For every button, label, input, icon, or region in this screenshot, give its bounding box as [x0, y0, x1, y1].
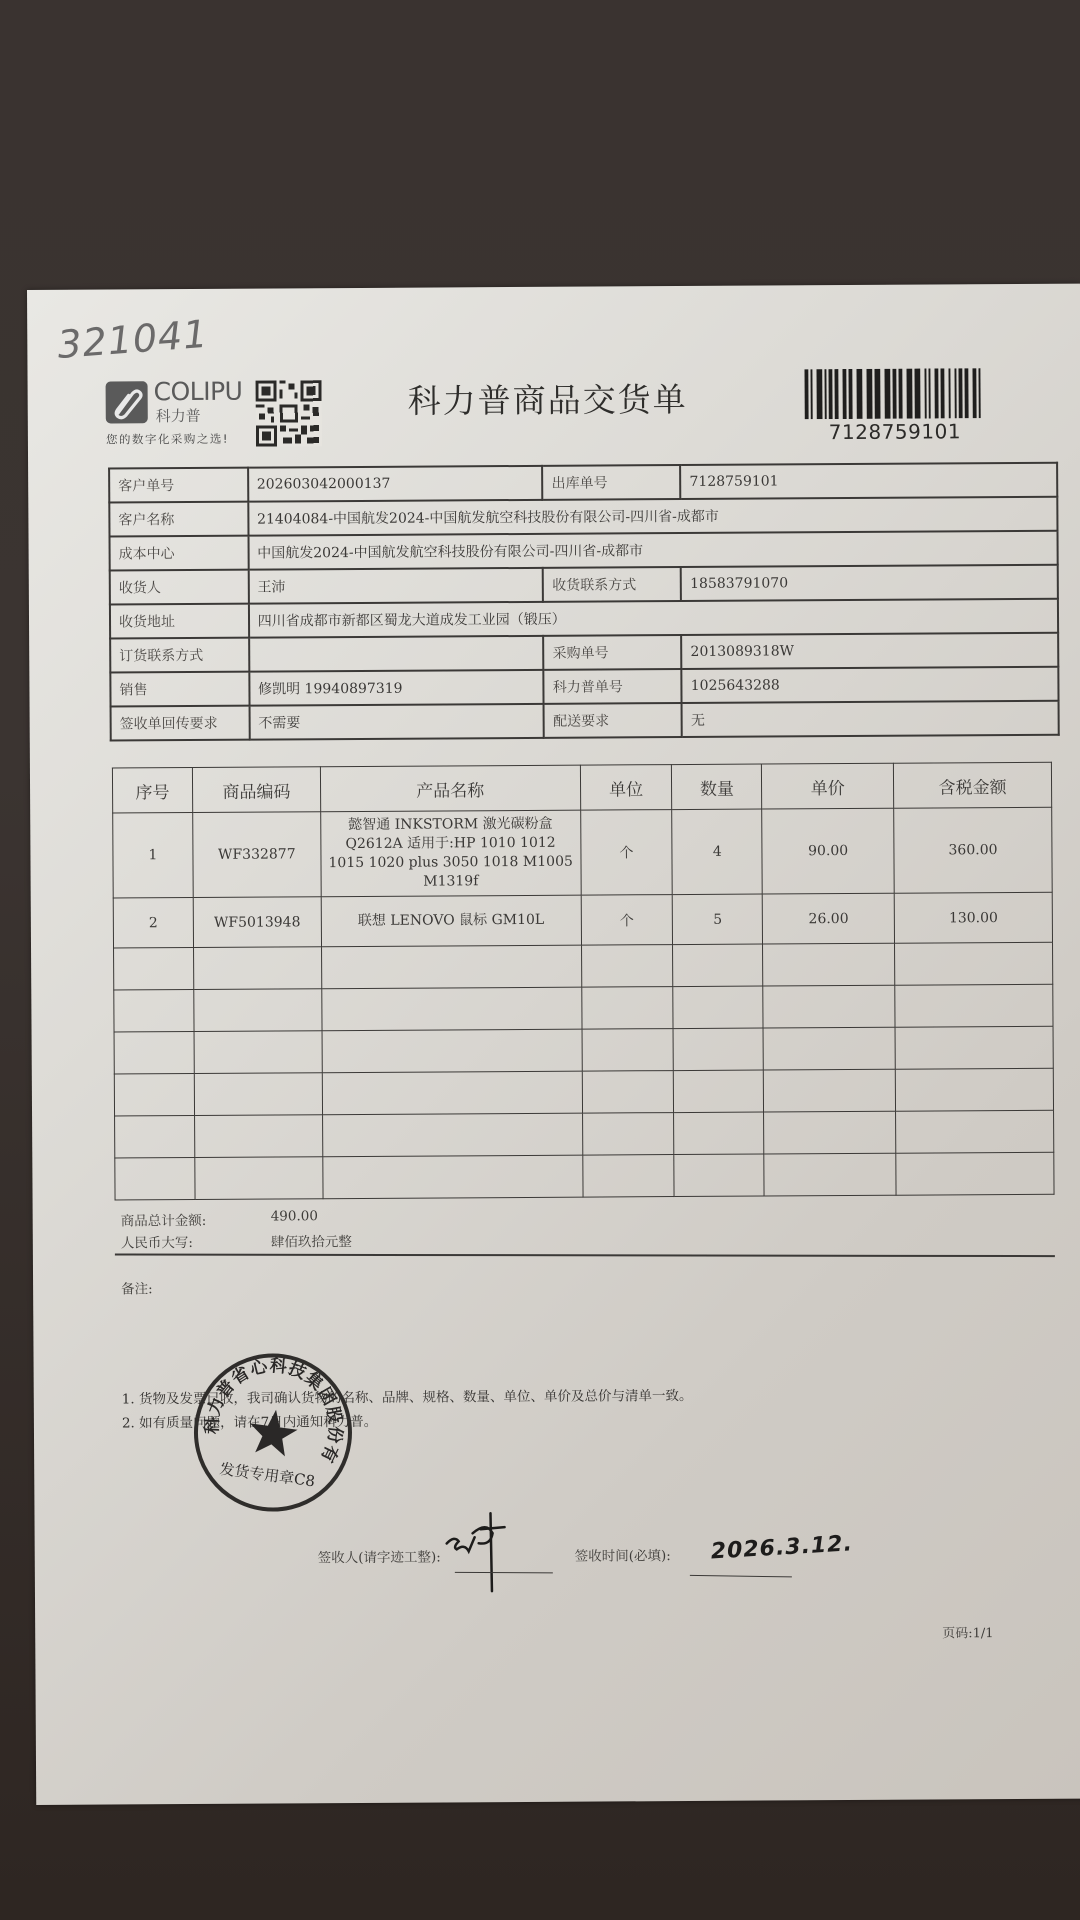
empty-cell: [114, 1031, 194, 1073]
total-amount-value: 490.00: [271, 1208, 318, 1224]
cell-qty: 4: [672, 809, 762, 895]
customer-order-no-value: 202603042000137: [248, 466, 543, 502]
rmb-uppercase-value: 肆佰玖拾元整: [271, 1230, 352, 1250]
empty-cell: [581, 945, 673, 988]
empty-table-row: [115, 1152, 1054, 1200]
empty-cell: [763, 1027, 895, 1070]
cell-name: 联想 LENOVO 鼠标 GM10L: [321, 895, 581, 947]
empty-cell: [322, 987, 582, 1031]
cell-code: WF5013948: [193, 897, 321, 948]
rmb-uppercase-label: 人民币大写:: [121, 1231, 193, 1251]
remarks-label: 备注:: [121, 1277, 153, 1297]
empty-cell: [582, 1113, 674, 1156]
cost-center-value: 中国航发2024-中国航发航空科技股份有限公司-四川省-成都市: [248, 531, 1058, 570]
receipt-return-value: 不需要: [249, 704, 544, 740]
cell-code: WF332877: [193, 812, 321, 898]
consignee-value: 王沛: [248, 568, 543, 604]
cell-amount: 360.00: [894, 807, 1052, 893]
empty-cell: [194, 989, 322, 1032]
empty-cell: [194, 1115, 322, 1158]
colipu-no-label: 科力普单号: [544, 669, 682, 704]
empty-cell: [194, 1031, 322, 1074]
empty-cell: [582, 1071, 674, 1114]
empty-table-row: [114, 984, 1053, 1032]
signer-label: 签收人(请字迹工整):: [318, 1545, 441, 1566]
column-header: 单位: [580, 765, 672, 811]
customer-name-label: 客户名称: [109, 502, 248, 537]
empty-cell: [195, 1157, 323, 1200]
empty-cell: [673, 1028, 763, 1071]
empty-cell: [674, 1070, 764, 1113]
colipu-logo: COLIPU 科力普 您的数字化采购之选!: [106, 381, 246, 382]
cell-seq: 1: [113, 812, 193, 897]
cell-unit: 个: [580, 810, 672, 896]
receipt-return-label: 签收单回传要求: [111, 706, 250, 741]
cell-name: 懿智通 INKSTORM 激光碳粉盒 Q2612A 适用于:HP 1010 10…: [321, 810, 581, 897]
sales-value: 修凯明 19940897319: [249, 670, 544, 706]
cell-qty: 5: [673, 894, 763, 945]
empty-cell: [763, 943, 895, 986]
delivery-address-value: 四川省成都市新都区蜀龙大道成发工业园（锻压）: [249, 599, 1059, 638]
empty-cell: [321, 945, 581, 989]
sales-label: 销售: [110, 672, 249, 707]
cost-center-label: 成本中心: [110, 536, 249, 571]
column-header: 单价: [762, 763, 894, 809]
empty-cell: [896, 1110, 1054, 1153]
qr-code-icon: [256, 380, 322, 446]
handwritten-number: 321041: [56, 312, 210, 367]
cell-unit: 个: [581, 895, 673, 946]
empty-cell: [673, 986, 763, 1029]
empty-cell: [115, 1115, 195, 1157]
cell-seq: 2: [113, 897, 193, 947]
column-header: 数量: [672, 764, 762, 810]
empty-cell: [581, 987, 673, 1030]
purchase-no-label: 采购单号: [544, 635, 682, 670]
empty-cell: [764, 1111, 896, 1154]
consignee-contact-label: 收货联系方式: [543, 567, 681, 602]
brand-slogan: 您的数字化采购之选!: [106, 431, 229, 448]
paperclip-logo-icon: [106, 381, 148, 423]
empty-cell: [322, 1071, 582, 1115]
empty-cell: [764, 1069, 896, 1112]
delivery-address-label: 收货地址: [110, 604, 249, 639]
empty-cell: [582, 1029, 674, 1072]
delivery-note-paper: 321041 COLIPU 科力普 您的数字化采购之选! 科力普商品交货单: [27, 284, 1080, 1805]
empty-cell: [895, 1068, 1053, 1111]
order-contact-value: [249, 636, 544, 672]
empty-cell: [194, 1073, 322, 1116]
empty-cell: [582, 1155, 674, 1198]
delivery-requirement-label: 配送要求: [544, 703, 682, 738]
empty-cell: [674, 1112, 764, 1155]
order-info-table: 客户单号 202603042000137 出库单号 7128759101 客户名…: [108, 462, 1060, 742]
table-row: 1WF332877懿智通 INKSTORM 激光碳粉盒 Q2612A 适用于:H…: [113, 807, 1053, 898]
table-row: 2WF5013948联想 LENOVO 鼠标 GM10L个526.00130.0…: [113, 892, 1052, 948]
empty-table-row: [114, 942, 1053, 990]
company-seal-icon: 科力普省心科技集团股份有限公司 发货专用章C8: [184, 1344, 362, 1522]
sign-time-underline: [690, 1575, 792, 1578]
cell-amount: 130.00: [894, 892, 1052, 943]
consignee-label: 收货人: [110, 570, 249, 605]
column-header: 商品编码: [192, 767, 320, 813]
total-amount-label: 商品总计金额:: [121, 1209, 207, 1230]
document-title: 科力普商品交货单: [408, 374, 688, 423]
empty-cell: [673, 944, 763, 987]
column-header: 序号: [112, 767, 192, 812]
brand-name-en: COLIPU: [154, 377, 243, 407]
barcode-number: 7128759101: [803, 419, 987, 444]
outbound-no-label: 出库单号: [543, 465, 681, 500]
empty-cell: [115, 1157, 195, 1199]
empty-cell: [193, 947, 321, 990]
colipu-no-value: 1025643288: [682, 667, 1059, 703]
empty-cell: [114, 1073, 194, 1115]
empty-cell: [896, 1152, 1054, 1195]
empty-table-row: [114, 1026, 1053, 1074]
svg-text:科力普省心科技集团股份有限公司: 科力普省心科技集团股份有限公司: [189, 1348, 357, 1467]
outbound-no-value: 7128759101: [680, 463, 1057, 499]
empty-cell: [764, 1153, 896, 1196]
empty-cell: [895, 942, 1053, 985]
goods-table-header: 序号商品编码产品名称单位数量单价含税金额: [112, 762, 1051, 813]
handwritten-signature-icon: [434, 1507, 525, 1598]
customer-name-value: 21404084-中国航发2024-中国航发航空科技股份有限公司-四川省-成都市: [248, 497, 1058, 536]
empty-table-row: [115, 1110, 1054, 1158]
column-header: 产品名称: [320, 765, 580, 812]
sign-time-value: 2026.3.12.: [710, 1531, 853, 1564]
delivery-requirement-value: 无: [682, 701, 1059, 737]
customer-order-no-label: 客户单号: [109, 468, 248, 503]
order-contact-label: 订货联系方式: [110, 638, 249, 673]
empty-cell: [323, 1155, 583, 1199]
purchase-no-value: 2013089318W: [681, 633, 1058, 669]
goods-table: 序号商品编码产品名称单位数量单价含税金额 1WF332877懿智通 INKSTO…: [112, 762, 1055, 1201]
totals-divider: [115, 1253, 1055, 1257]
brand-name-cn: 科力普: [156, 405, 201, 426]
empty-cell: [674, 1154, 764, 1197]
empty-cell: [322, 1029, 582, 1073]
barcode-icon: [802, 368, 986, 419]
empty-cell: [895, 1026, 1053, 1069]
empty-table-row: [114, 1068, 1053, 1116]
consignee-contact-value: 18583791070: [681, 565, 1058, 601]
empty-cell: [763, 985, 895, 1028]
empty-cell: [895, 984, 1053, 1027]
empty-cell: [114, 947, 194, 989]
empty-cell: [322, 1113, 582, 1157]
empty-cell: [114, 989, 194, 1031]
column-header: 含税金额: [894, 762, 1052, 808]
cell-price: 26.00: [762, 893, 894, 944]
sign-time-label: 签收时间(必填):: [575, 1544, 671, 1565]
barcode: 7128759101: [802, 368, 986, 444]
cell-price: 90.00: [762, 808, 894, 894]
page-number: 页码:1/1: [942, 1622, 993, 1641]
svg-text:发货专用章C8: 发货专用章C8: [218, 1460, 316, 1491]
